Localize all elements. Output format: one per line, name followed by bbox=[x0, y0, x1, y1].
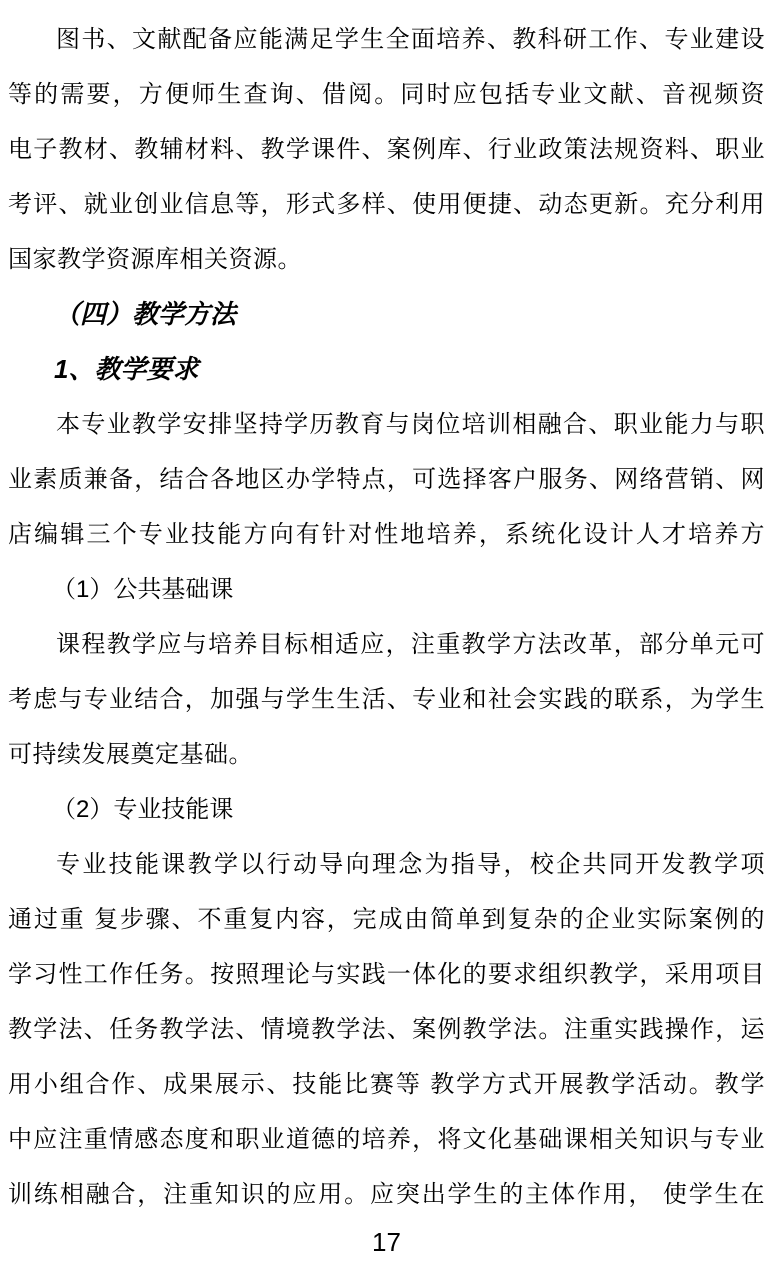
body-paragraph-line: 图书、文献配备应能满足学生全面培养、教科研工作、专业建设 bbox=[8, 12, 765, 67]
document-page: 图书、文献配备应能满足学生全面培养、教科研工作、专业建设 等的需要，方便师生查询… bbox=[0, 0, 774, 1263]
body-paragraph-line: 电子教材、教辅材料、教学课件、案例库、行业政策法规资料、职业 bbox=[8, 122, 765, 177]
body-paragraph-line: 考评、就业创业信息等，形式多样、使用便捷、动态更新。充分利用 bbox=[8, 177, 765, 232]
item-heading: （2）专业技能课 bbox=[8, 782, 765, 837]
body-paragraph-line: 店编辑三个专业技能方向有针对性地培养，系统化设计人才培养方案。 bbox=[8, 507, 765, 562]
body-paragraph-line: 本专业教学安排坚持学历教育与岗位培训相融合、职业能力与职 bbox=[8, 397, 765, 452]
body-paragraph-line: 专业技能课教学以行动导向理念为指导，校企共同开发教学项目， bbox=[8, 837, 765, 892]
body-paragraph-line: 可持续发展奠定基础。 bbox=[8, 727, 765, 782]
body-paragraph-line: 用小组合作、成果展示、技能比赛等 教学方式开展教学活动。教学 bbox=[8, 1057, 765, 1112]
body-paragraph-line: 通过重 复步骤、不重复内容，完成由简单到复杂的企业实际案例的 bbox=[8, 892, 765, 947]
body-paragraph-line: 考虑与专业结合，加强与学生生活、专业和社会实践的联系，为学生 bbox=[8, 672, 765, 727]
body-paragraph-line: 等的需要，方便师生查询、借阅。同时应包括专业文献、音视频资料、 bbox=[8, 67, 765, 122]
body-paragraph-line: 课程教学应与培养目标相适应，注重教学方法改革，部分单元可 bbox=[8, 617, 765, 672]
page-number: 17 bbox=[8, 1222, 765, 1263]
section-heading: （四）教学方法 bbox=[8, 287, 765, 342]
body-paragraph-line: 训练相融合，注重知识的应用。应突出学生的主体作用， 使学生在 bbox=[8, 1167, 765, 1222]
body-paragraph-line: 国家教学资源库相关资源。 bbox=[8, 232, 765, 287]
body-paragraph-line: 中应注重情感态度和职业道德的培养，将文化基础课相关知识与专业 bbox=[8, 1112, 765, 1167]
body-paragraph-line: 教学法、任务教学法、情境教学法、案例教学法。注重实践操作，运 bbox=[8, 1002, 765, 1057]
subsection-heading: 1、教学要求 bbox=[8, 342, 765, 397]
body-paragraph-line: 业素质兼备，结合各地区办学特点，可选择客户服务、网络营销、网 bbox=[8, 452, 765, 507]
item-heading: （1）公共基础课 bbox=[8, 562, 765, 617]
body-paragraph-line: 学习性工作任务。按照理论与实践一体化的要求组织教学，采用项目 bbox=[8, 947, 765, 1002]
